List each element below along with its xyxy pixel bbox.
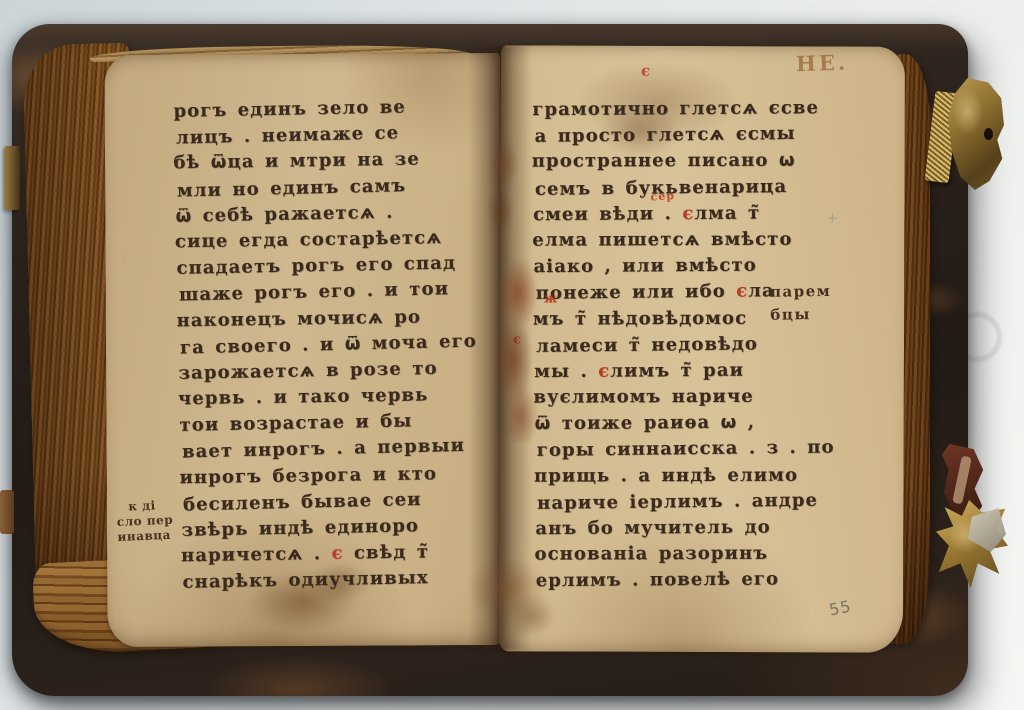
manuscript-line: вуєлимомъ нариче — [533, 383, 869, 410]
manuscript-line: мы . єлимъ т̃ раи — [534, 357, 870, 386]
margin-note-right: парем бцы — [770, 280, 832, 327]
left-text-block: рогъ единъ зело ве лицъ . неимаже се бѣ … — [173, 93, 498, 597]
catch-plate-top-icon — [4, 146, 20, 210]
clasp-hole-icon — [984, 128, 993, 140]
manuscript-line: основаніа разоринъ — [534, 541, 870, 568]
manuscript-line: наричетсѧ . є свѣд т̃ — [181, 539, 497, 570]
manuscript-line: горы синнаисска . з . по — [537, 435, 873, 465]
red-initial: є — [331, 543, 343, 564]
manuscript-line: нариче іерлимъ . андре — [537, 487, 873, 517]
clasp-plate-icon — [948, 78, 1004, 190]
red-margin-mark: є — [513, 332, 521, 347]
red-margin-mark: ж — [544, 291, 557, 306]
quire-mark-red: є — [641, 62, 650, 80]
manuscript-photo: рогъ единъ зело ве лицъ . неимаже се бѣ … — [0, 0, 1024, 710]
right-text-block: грамотично глетсѧ єсве а просто глетсѧ є… — [532, 95, 871, 595]
manuscript-line: ерлимъ . повелѣ его — [536, 566, 872, 595]
margin-note-left: к ді сло пер инавца — [116, 498, 174, 545]
red-initial: є — [598, 361, 610, 382]
manuscript-line: а просто глетсѧ єсмы — [534, 120, 870, 150]
manuscript-line: ламеси т̃ недовѣдо — [536, 330, 872, 360]
left-page: рогъ единъ зело ве лицъ . неимаже се бѣ … — [104, 53, 503, 647]
red-initial: є — [736, 281, 748, 302]
manuscript-line: анъ бо мучитель до — [535, 514, 871, 543]
manuscript-line: сице егда состарѣетсѧ — [175, 224, 491, 255]
manuscript-line: червь . и тако червь — [178, 381, 494, 412]
clasp-bottom — [930, 442, 1020, 602]
manuscript-line: елма пишетсѧ вмѣсто — [532, 226, 868, 253]
catch-plate-bottom-icon — [0, 490, 14, 534]
manuscript-line: смеи вѣди . єлма т̃ — [533, 200, 869, 229]
right-page: є НЕ. сер + грамотично глетсѧ єсве а про… — [499, 45, 905, 652]
manuscript-line: семъ в букьвенарица — [535, 173, 871, 203]
manuscript-line: аіако , или вмѣсто — [533, 252, 869, 281]
folio-mark: НЕ. — [796, 50, 849, 77]
red-initial: є — [682, 203, 694, 224]
manuscript-line: прищь . а индѣ елимо — [534, 462, 870, 489]
page-number-pencil: 55 — [827, 596, 853, 619]
manuscript-line: пространнее писано ѡ — [532, 148, 868, 175]
manuscript-line: ѿ тоиже раиѳа ѡ , — [534, 409, 870, 438]
manuscript-line: снарѣкъ одиучливых — [182, 564, 498, 596]
manuscript-line: грамотично глетсѧ єсве — [532, 95, 868, 124]
clasp-top — [926, 66, 1012, 204]
